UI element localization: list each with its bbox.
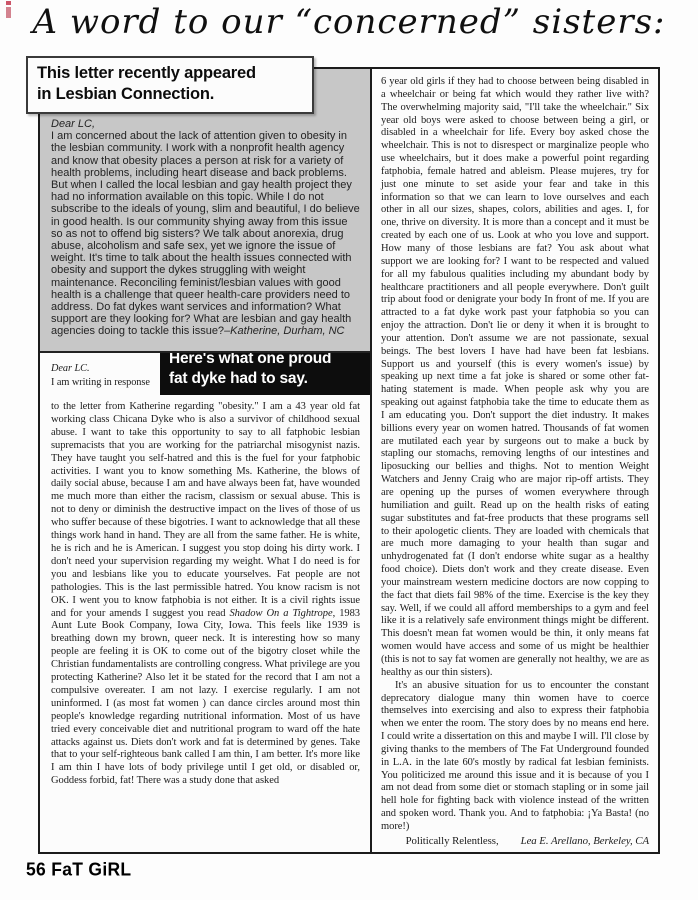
response-intro-line: I am writing in response bbox=[51, 376, 171, 390]
lc-letter-text: I am concerned about the lack of attenti… bbox=[51, 130, 360, 337]
label-line-1: This letter recently appeared bbox=[37, 63, 304, 84]
lc-letter-body: I am concerned about the lack of attenti… bbox=[51, 130, 362, 337]
page-number-footer: 56 FaT GiRL bbox=[26, 858, 131, 880]
response-text-after-title: , 1983 Aunt Lute Book Company, Iowa City… bbox=[51, 608, 360, 787]
response-paragraph-2: 6 year old girls if they had to choose b… bbox=[381, 76, 649, 680]
left-column: Dear LC, I am concerned about the lack o… bbox=[40, 69, 372, 852]
response-header: Dear LC. I am writing in response bbox=[51, 362, 171, 390]
callout-line-1: Here's what one proud bbox=[169, 353, 370, 369]
book-title: Shadow On a Tightrope bbox=[229, 608, 332, 619]
fat-dyke-callout: Here's what one proud fat dyke had to sa… bbox=[160, 353, 370, 395]
signature-row: Politically Relentless, Lea E. Arellano,… bbox=[381, 835, 649, 848]
magazine-page: A word to our “concerned” sisters: This … bbox=[0, 0, 698, 900]
callout-line-2: fat dyke had to say. bbox=[169, 369, 370, 389]
page-title: A word to our “concerned” sisters: bbox=[0, 2, 698, 42]
response-text-before-title: to the letter from Katherine regarding "… bbox=[51, 401, 360, 619]
label-line-2: in Lesbian Connection. bbox=[37, 84, 304, 105]
lc-letter-salutation: Dear LC, bbox=[51, 118, 362, 130]
lesbian-connection-label: This letter recently appeared in Lesbian… bbox=[26, 56, 314, 114]
response-paragraph-3: It's an abusive situation for us to enco… bbox=[381, 680, 649, 834]
signature-closing: Politically Relentless, bbox=[406, 835, 499, 848]
right-column: 6 year old girls if they had to choose b… bbox=[372, 69, 658, 852]
response-paragraph-1: to the letter from Katherine regarding "… bbox=[51, 401, 360, 788]
response-letter-left: Here's what one proud fat dyke had to sa… bbox=[40, 353, 370, 852]
response-salutation: Dear LC. bbox=[51, 362, 171, 376]
letters-frame: Dear LC, I am concerned about the lack o… bbox=[38, 67, 660, 854]
signature-name: Lea E. Arellano, Berkeley, CA bbox=[521, 835, 649, 848]
lc-letter-signature: –Katherine, Durham, NC bbox=[224, 325, 344, 337]
